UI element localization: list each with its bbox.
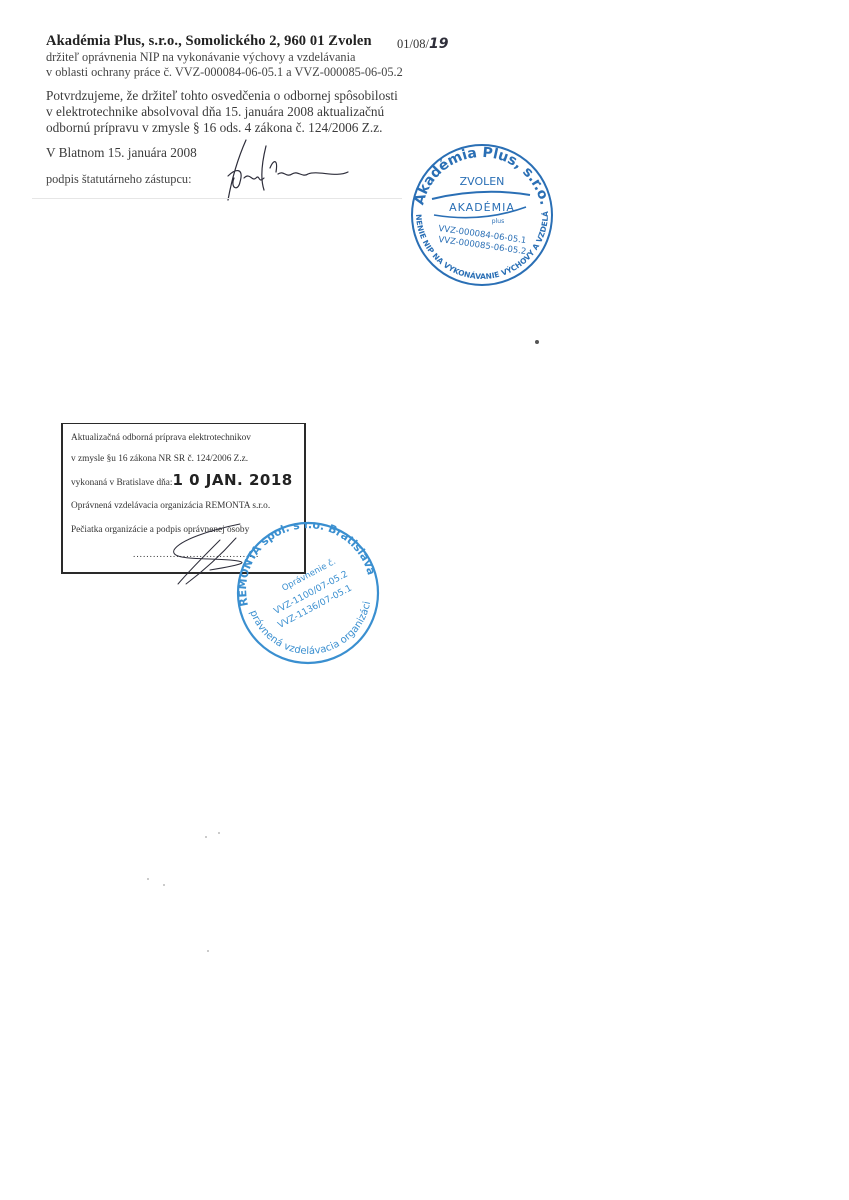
separator-line: [32, 198, 402, 199]
authorization-codes-line: v oblasti ochrany práce č. VVZ-000084-06…: [46, 65, 403, 80]
scan-noise: [147, 878, 149, 880]
scan-noise: [207, 950, 209, 952]
scanned-document-page: Akadémia Plus, s.r.o., Somolického 2, 96…: [0, 0, 849, 1200]
document-number-printed: 01/08/: [397, 37, 429, 51]
place-and-date: V Blatnom 15. januára 2008: [46, 145, 197, 161]
scan-noise: [218, 832, 220, 834]
certificate-text-line-1: Potvrdzujeme, že držiteľ tohto osvedčeni…: [46, 88, 398, 104]
update-box-line-1: Aktualizačná odborná príprava elektrotec…: [71, 433, 251, 443]
organization-header: Akadémia Plus, s.r.o., Somolického 2, 96…: [46, 33, 372, 50]
signature-scribble: [218, 138, 358, 204]
certificate-text-line-2: v elektrotechnike absolvoval dňa 15. jan…: [46, 104, 384, 120]
update-box-line-3: vykonaná v Bratislave dňa:1 0 JAN. 2018: [71, 471, 293, 489]
signature-label: podpis štatutárneho zástupcu:: [46, 172, 191, 187]
document-number: 01/08/19: [397, 36, 448, 52]
remonta-stamp: REMONTA spol. s r.o. Bratislava Oprávnen…: [232, 515, 382, 672]
update-box-line-2: v zmysle §u 16 zákona NR SR č. 124/2006 …: [71, 454, 248, 464]
scan-noise: [163, 884, 165, 886]
akademia-plus-stamp: Akadémia Plus, s.r.o. OPRÁVNENIE NIP NA …: [402, 143, 562, 293]
svg-text:ZVOLEN: ZVOLEN: [460, 175, 505, 188]
certificate-text-line-3: odbornú prípravu v zmysle § 16 ods. 4 zá…: [46, 120, 382, 136]
svg-text:plus: plus: [492, 218, 504, 225]
document-number-handwritten: 19: [429, 36, 448, 52]
scan-noise: [205, 836, 207, 838]
scan-speck: [535, 340, 539, 344]
update-box-line-4: Oprávnená vzdelávacia organizácia REMONT…: [71, 501, 270, 511]
update-date: 1 0 JAN. 2018: [172, 471, 292, 489]
authorization-line: držiteľ oprávnenia NIP na vykonávanie vý…: [46, 50, 355, 65]
svg-text:AKADÉMIA: AKADÉMIA: [449, 201, 515, 214]
